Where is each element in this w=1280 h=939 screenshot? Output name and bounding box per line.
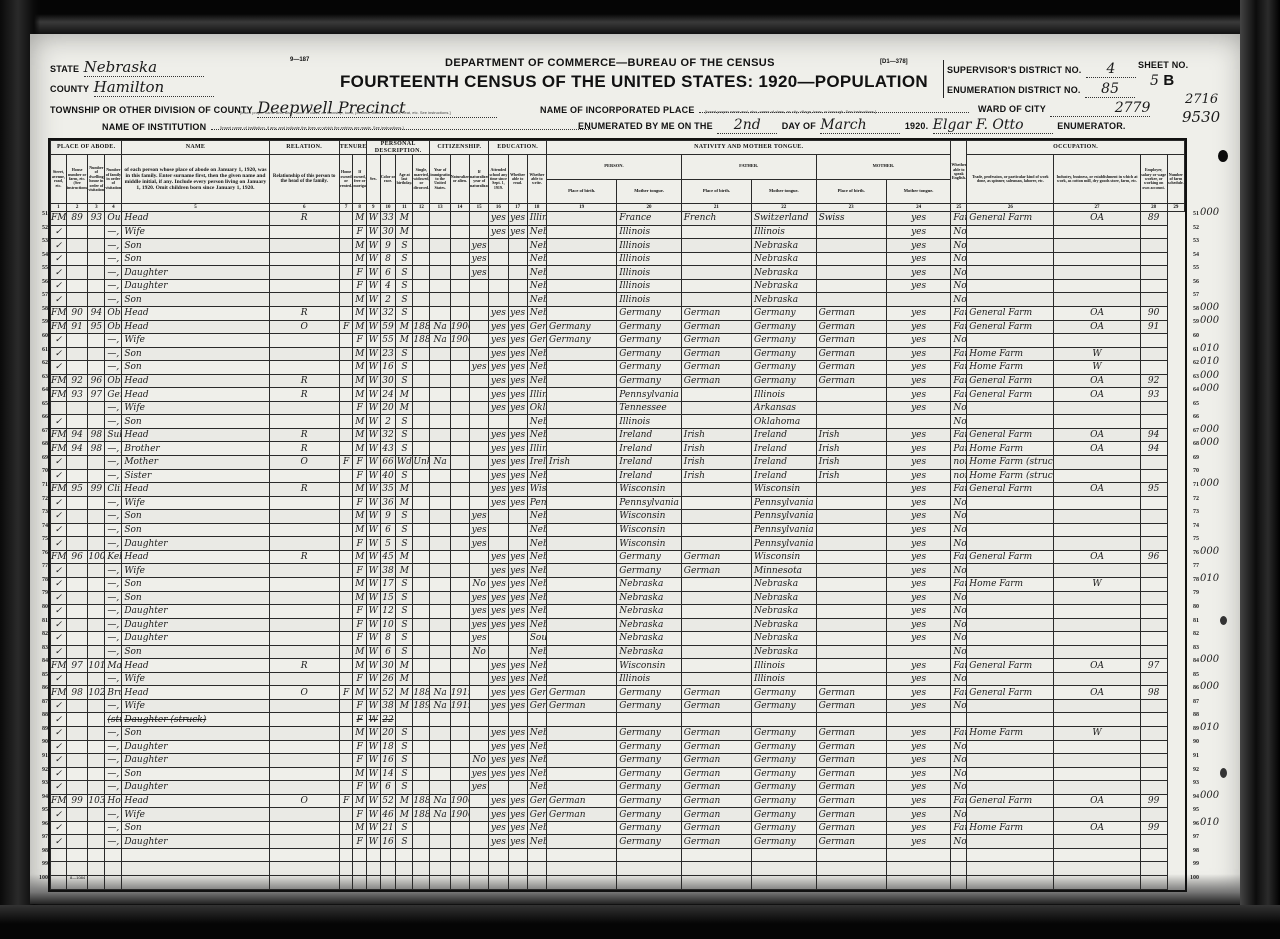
age-cell: 26: [380, 672, 396, 686]
marital-status-cell: S: [396, 577, 413, 591]
occupation-cell: None: [951, 334, 967, 348]
immigration-year-cell: [413, 767, 430, 781]
age-cell: 17: [380, 577, 396, 591]
line-number: 68: [1185, 441, 1199, 447]
line-number: 86: [1185, 685, 1199, 691]
person-name-cell: [105, 862, 122, 876]
employer-class-cell: OA: [1054, 794, 1140, 808]
sex-cell: F: [353, 279, 367, 293]
write-cell: yes: [508, 225, 527, 239]
relation-cell: Head: [122, 212, 269, 226]
age-cell: 8: [380, 632, 396, 646]
mother-birthplace-cell: Pennsylvania: [752, 537, 817, 551]
immigration-year-cell: [413, 862, 430, 876]
incorporated-place-label: NAME OF INCORPORATED PLACE: [540, 105, 695, 115]
speaks-english-cell: yes: [886, 266, 951, 280]
age-cell: 14: [380, 767, 396, 781]
immigration-year-cell: [413, 713, 430, 727]
table-row: ✓—, BernhardtSonMW16SyesyesyesNebraskaGe…: [51, 361, 1185, 375]
industry-cell: Home Farm: [967, 347, 1054, 361]
marital-status-cell: S: [396, 618, 413, 632]
mother-birthplace-cell: Arkansas: [752, 401, 817, 415]
home-owned-cell: [269, 835, 339, 849]
person-name-cell: Sullivan, D. L.: [105, 428, 122, 442]
margin-code-note: 000: [1200, 302, 1219, 313]
mother-birthplace-cell: [752, 862, 817, 876]
father-tongue-cell: [681, 632, 751, 646]
mortgage-cell: [339, 713, 353, 727]
home-owned-cell: [269, 591, 339, 605]
township-note: [Insert proper name and, also, name of c…: [240, 110, 510, 115]
line-number: 93: [1185, 780, 1199, 786]
occupation-cell: Farmer: [951, 374, 967, 388]
column-number: 24: [886, 204, 951, 212]
line-number: 87: [34, 699, 48, 705]
write-cell: [508, 862, 527, 876]
sex-cell: M: [353, 252, 367, 266]
mother-birthplace-cell: [752, 875, 817, 889]
line-number: 99: [34, 861, 48, 867]
read-cell: yes: [489, 496, 508, 510]
mother-tongue-cell: [547, 821, 617, 835]
person-name-cell: —, Cora: [105, 564, 122, 578]
line-number: 82: [34, 631, 48, 637]
naturalized-cell: Na: [430, 808, 450, 822]
county-field: COUNTY Hamilton: [50, 78, 214, 97]
father-birthplace-cell: Ireland: [617, 428, 682, 442]
census-table: PLACE OF ABODE. NAME RELATION. TENURE. P…: [48, 138, 1187, 892]
person-name-cell: Obermeier, William F.: [105, 307, 122, 321]
family-number-cell: 95: [88, 320, 105, 334]
family-number-cell: [88, 577, 105, 591]
immigration-year-cell: [413, 835, 430, 849]
naturalized-cell: [430, 225, 450, 239]
race-cell: W: [366, 469, 380, 483]
industry-cell: Home Farm: [967, 361, 1054, 375]
school-cell: [470, 672, 489, 686]
read-cell: [489, 848, 508, 862]
birthplace-cell: Pennsylvania: [527, 496, 546, 510]
naturalized-cell: [430, 726, 450, 740]
person-name-cell: —, Alma: [105, 605, 122, 619]
relation-cell: Son: [122, 591, 269, 605]
naturalization-year-cell: [450, 672, 469, 686]
mother-tongue-cell: [547, 401, 617, 415]
line-number: 59: [34, 319, 48, 325]
age-cell: 21: [380, 821, 396, 835]
mortgage-cell: [339, 212, 353, 226]
dwelling-number-cell: [66, 510, 88, 524]
street-cell: FM: [51, 442, 67, 456]
farm-schedule-cell: 99: [1140, 794, 1167, 808]
immigration-year-cell: [413, 726, 430, 740]
col-28-header: Employer, salary or wage worker, or work…: [1140, 155, 1167, 204]
father-birthplace-cell: Wisconsin: [617, 483, 682, 497]
mortgage-cell: [339, 496, 353, 510]
farm-schedule-cell: [1140, 672, 1167, 686]
mortgage-cell: [339, 781, 353, 795]
sex-cell: M: [353, 821, 367, 835]
age-cell: 32: [380, 307, 396, 321]
street-cell: FM: [51, 320, 67, 334]
column-number: 2: [66, 204, 88, 212]
family-number-cell: [88, 252, 105, 266]
father-tongue-cell: German: [681, 767, 751, 781]
immigration-year-cell: [413, 374, 430, 388]
age-cell: 32: [380, 428, 396, 442]
naturalized-cell: [430, 266, 450, 280]
home-owned-cell: [269, 469, 339, 483]
mother-birthplace-cell: Germany: [752, 307, 817, 321]
township-field: TOWNSHIP OR OTHER DIVISION OF COUNTY Dee…: [50, 98, 497, 118]
birthplace-cell: Germany: [527, 699, 546, 713]
county-value: Hamilton: [94, 78, 214, 97]
mother-tongue-cell: [547, 875, 617, 889]
father-tongue-cell: German: [681, 361, 751, 375]
marital-status-cell: S: [396, 347, 413, 361]
col-25-header: Whether able to speak English.: [951, 141, 967, 204]
home-owned-cell: O: [269, 320, 339, 334]
immigration-year-cell: [413, 239, 430, 253]
write-cell: yes: [508, 428, 527, 442]
read-cell: yes: [489, 835, 508, 849]
sex-cell: M: [353, 794, 367, 808]
father-tongue-cell: French: [681, 212, 751, 226]
mother-mother-tongue-cell: Irish: [816, 456, 886, 470]
father-birthplace-cell: Germany: [617, 781, 682, 795]
dwelling-number-cell: [66, 564, 88, 578]
punch-hole: [1220, 768, 1227, 778]
age-cell: 30: [380, 225, 396, 239]
naturalization-year-cell: 1919: [450, 699, 469, 713]
sheet-label: SHEET NO.: [1138, 60, 1188, 70]
naturalized-cell: [430, 605, 450, 619]
speaks-english-cell: yes: [886, 347, 951, 361]
group-citizenship: CITIZENSHIP.: [430, 141, 489, 155]
read-cell: [489, 713, 508, 727]
relation-cell: Son: [122, 523, 269, 537]
dwelling-number-cell: [66, 835, 88, 849]
naturalized-cell: Na: [430, 320, 450, 334]
school-cell: [470, 374, 489, 388]
farm-schedule-cell: 98: [1140, 686, 1167, 700]
speaks-english-cell: yes: [886, 442, 951, 456]
person-name-cell: —, Leona: [105, 632, 122, 646]
table-row: ✓—, ReinholdSonMW20SyesyesNebraskaGerman…: [51, 726, 1185, 740]
home-owned-cell: [269, 266, 339, 280]
employer-class-cell: OA: [1054, 374, 1140, 388]
mother-tongue-cell: [547, 483, 617, 497]
family-number-cell: [88, 848, 105, 862]
age-cell: 12: [380, 605, 396, 619]
naturalization-year-cell: 1906: [450, 808, 469, 822]
naturalization-year-cell: [450, 293, 469, 307]
birthplace-cell: [527, 862, 546, 876]
dwelling-number-cell: [66, 848, 88, 862]
group-person: PERSON.: [547, 155, 682, 180]
mortgage-cell: [339, 252, 353, 266]
employer-class-cell: [1054, 496, 1140, 510]
relation-cell: [122, 862, 269, 876]
line-number: 51: [34, 211, 48, 217]
marital-status-cell: S: [396, 266, 413, 280]
naturalized-cell: [430, 848, 450, 862]
race-cell: W: [366, 754, 380, 768]
mortgage-cell: [339, 510, 353, 524]
line-number: 57: [1185, 292, 1199, 298]
father-tongue-cell: Irish: [681, 456, 751, 470]
street-cell: ✓: [51, 632, 67, 646]
dwelling-number-cell: [66, 645, 88, 659]
read-cell: [489, 279, 508, 293]
farm-schedule-cell: [1140, 510, 1167, 524]
line-number: 96: [34, 821, 48, 827]
person-name-cell: —, Alta: [105, 225, 122, 239]
write-cell: yes: [508, 212, 527, 226]
industry-cell: [967, 415, 1054, 429]
line-number: 69: [1185, 455, 1199, 461]
father-birthplace-cell: Ireland: [617, 456, 682, 470]
column-number: 14: [450, 204, 469, 212]
dwelling-number-cell: 98: [66, 686, 88, 700]
race-cell: [366, 848, 380, 862]
immigration-year-cell: [413, 537, 430, 551]
marital-status-cell: M: [396, 388, 413, 402]
school-cell: [470, 388, 489, 402]
birthplace-cell: Nebraska: [527, 835, 546, 849]
school-cell: [470, 401, 489, 415]
employer-class-cell: [1054, 239, 1140, 253]
industry-cell: [967, 672, 1054, 686]
mortgage-cell: [339, 577, 353, 591]
immigration-year-cell: [413, 605, 430, 619]
marital-status-cell: M: [396, 225, 413, 239]
age-cell: 40: [380, 469, 396, 483]
industry-cell: [967, 618, 1054, 632]
father-birthplace-cell: Wisconsin: [617, 537, 682, 551]
father-birthplace-cell: Wisconsin: [617, 659, 682, 673]
marital-status-cell: Wd: [396, 456, 413, 470]
read-cell: yes: [489, 821, 508, 835]
marital-status-cell: S: [396, 754, 413, 768]
birthplace-cell: Ireland: [527, 456, 546, 470]
line-number: 95: [1185, 807, 1199, 813]
employer-class-cell: [1054, 875, 1140, 889]
birthplace-cell: Nebraska: [527, 645, 546, 659]
column-number: 8: [353, 204, 367, 212]
street-cell: ✓: [51, 564, 67, 578]
home-owned-cell: [269, 401, 339, 415]
naturalization-year-cell: [450, 645, 469, 659]
line-number: 73: [34, 509, 48, 515]
father-birthplace-cell: [617, 875, 682, 889]
write-cell: yes: [508, 767, 527, 781]
immigration-year-cell: [413, 821, 430, 835]
relation-cell: Daughter: [122, 279, 269, 293]
employer-class-cell: [1054, 266, 1140, 280]
column-number: 6: [269, 204, 339, 212]
read-cell: yes: [489, 442, 508, 456]
dwelling-number-cell: [66, 334, 88, 348]
naturalization-year-cell: [450, 239, 469, 253]
mother-mother-tongue-cell: German: [816, 808, 886, 822]
column-number: 25: [951, 204, 967, 212]
farm-schedule-cell: [1140, 848, 1167, 862]
dwelling-number-cell: [66, 456, 88, 470]
naturalized-cell: [430, 875, 450, 889]
age-cell: 23: [380, 347, 396, 361]
mortgage-cell: [339, 659, 353, 673]
mortgage-cell: [339, 239, 353, 253]
naturalization-year-cell: [450, 388, 469, 402]
naturalized-cell: [430, 550, 450, 564]
age-cell: 38: [380, 564, 396, 578]
naturalization-year-cell: [450, 307, 469, 321]
farm-schedule-cell: [1140, 618, 1167, 632]
relation-cell: Daughter (struck): [122, 713, 269, 727]
read-cell: [489, 645, 508, 659]
speaks-english-cell: yes: [886, 334, 951, 348]
father-birthplace-cell: Germany: [617, 767, 682, 781]
street-cell: [51, 401, 67, 415]
relation-cell: Wife: [122, 496, 269, 510]
mother-birthplace-cell: Germany: [752, 821, 817, 835]
table-row: FM98102Brunnemund, HermannHeadOFMW52M188…: [51, 686, 1185, 700]
naturalized-cell: [430, 307, 450, 321]
mother-tongue-cell: Irish: [547, 456, 617, 470]
dwelling-number-cell: [66, 862, 88, 876]
mortgage-cell: [339, 523, 353, 537]
immigration-year-cell: 1888: [413, 686, 430, 700]
line-number: 63: [1185, 374, 1199, 380]
line-number: 96: [1185, 821, 1199, 827]
sex-cell: M: [353, 767, 367, 781]
farm-schedule-cell: 92: [1140, 374, 1167, 388]
farm-schedule-cell: [1140, 862, 1167, 876]
margin-code-note: 010: [1200, 573, 1219, 584]
race-cell: W: [366, 510, 380, 524]
write-cell: yes: [508, 320, 527, 334]
mother-birthplace-cell: Nebraska: [752, 239, 817, 253]
naturalized-cell: [430, 442, 450, 456]
col-19-header: Place of birth.: [547, 179, 617, 204]
mother-mother-tongue-cell: German: [816, 334, 886, 348]
race-cell: W: [366, 442, 380, 456]
write-cell: yes: [508, 469, 527, 483]
race-cell: W: [366, 225, 380, 239]
father-tongue-cell: German: [681, 726, 751, 740]
person-name-cell: —, Leslie Earl: [105, 523, 122, 537]
mortgage-cell: [339, 632, 353, 646]
race-cell: W: [366, 740, 380, 754]
mother-mother-tongue-cell: German: [816, 740, 886, 754]
naturalization-year-cell: [450, 740, 469, 754]
line-number: 95: [34, 807, 48, 813]
marital-status-cell: S: [396, 767, 413, 781]
naturalized-cell: [430, 862, 450, 876]
mother-mother-tongue-cell: German: [816, 347, 886, 361]
employer-class-cell: [1054, 591, 1140, 605]
mother-tongue-cell: [547, 469, 617, 483]
column-number: 27: [1054, 204, 1140, 212]
birthplace-cell: Nebraska: [527, 550, 546, 564]
col-10-header: Color or race.: [380, 155, 396, 204]
marital-status-cell: S: [396, 252, 413, 266]
mother-mother-tongue-cell: [816, 252, 886, 266]
speaks-english-cell: yes: [886, 469, 951, 483]
home-owned-cell: [269, 293, 339, 307]
naturalization-year-cell: [450, 550, 469, 564]
speaks-english-cell: [886, 848, 951, 862]
naturalization-year-cell: [450, 713, 469, 727]
write-cell: yes: [508, 456, 527, 470]
sex-cell: M: [353, 388, 367, 402]
person-name-cell: —, Maly: [105, 808, 122, 822]
naturalization-year-cell: [450, 252, 469, 266]
birthplace-cell: Nebraska: [527, 293, 546, 307]
race-cell: W: [366, 618, 380, 632]
occupation-cell: None: [951, 632, 967, 646]
farm-schedule-cell: [1140, 456, 1167, 470]
table-row: ✓—, MalyWifeFW46M1885Na1906yesyesGermany…: [51, 808, 1185, 822]
family-number-cell: [88, 875, 105, 889]
sex-cell: M: [353, 239, 367, 253]
ed-value: 85: [1085, 81, 1135, 98]
birthplace-cell: Nebraska: [527, 428, 546, 442]
father-tongue-cell: German: [681, 334, 751, 348]
line-number: 89: [1185, 726, 1199, 732]
mother-mother-tongue-cell: Irish: [816, 428, 886, 442]
mother-mother-tongue-cell: German: [816, 361, 886, 375]
family-number-cell: 103: [88, 794, 105, 808]
home-owned-cell: R: [269, 483, 339, 497]
naturalized-cell: [430, 564, 450, 578]
immigration-year-cell: Unkn: [413, 456, 430, 470]
mother-birthplace-cell: Pennsylvania: [752, 510, 817, 524]
dwelling-number-cell: [66, 781, 88, 795]
home-owned-cell: [269, 523, 339, 537]
mother-tongue-cell: [547, 550, 617, 564]
father-tongue-cell: [681, 401, 751, 415]
person-name-cell: —, Mary: [105, 334, 122, 348]
home-owned-cell: [269, 726, 339, 740]
relation-cell: [122, 848, 269, 862]
naturalized-cell: Na: [430, 699, 450, 713]
home-owned-cell: [269, 740, 339, 754]
occupation-cell: Farmer: [951, 550, 967, 564]
naturalization-year-cell: [450, 428, 469, 442]
farm-schedule-cell: 90: [1140, 307, 1167, 321]
sex-cell: F: [353, 605, 367, 619]
mother-mother-tongue-cell: [816, 632, 886, 646]
industry-cell: [967, 252, 1054, 266]
employer-class-cell: [1054, 469, 1140, 483]
street-cell: ✓: [51, 591, 67, 605]
home-owned-cell: [269, 537, 339, 551]
table-row: [51, 875, 1185, 889]
employer-class-cell: OA: [1054, 483, 1140, 497]
immigration-year-cell: [413, 848, 430, 862]
farm-schedule-cell: [1140, 713, 1167, 727]
table-row: FM99103Horst, FritzHeadOFMW52M1884Na1906…: [51, 794, 1185, 808]
age-cell: 9: [380, 510, 396, 524]
sex-cell: M: [353, 686, 367, 700]
naturalized-cell: [430, 361, 450, 375]
col-29-header: Number of farm schedule.: [1167, 155, 1184, 204]
write-cell: yes: [508, 754, 527, 768]
dwelling-number-cell: [66, 415, 88, 429]
line-number: 69: [34, 455, 48, 461]
